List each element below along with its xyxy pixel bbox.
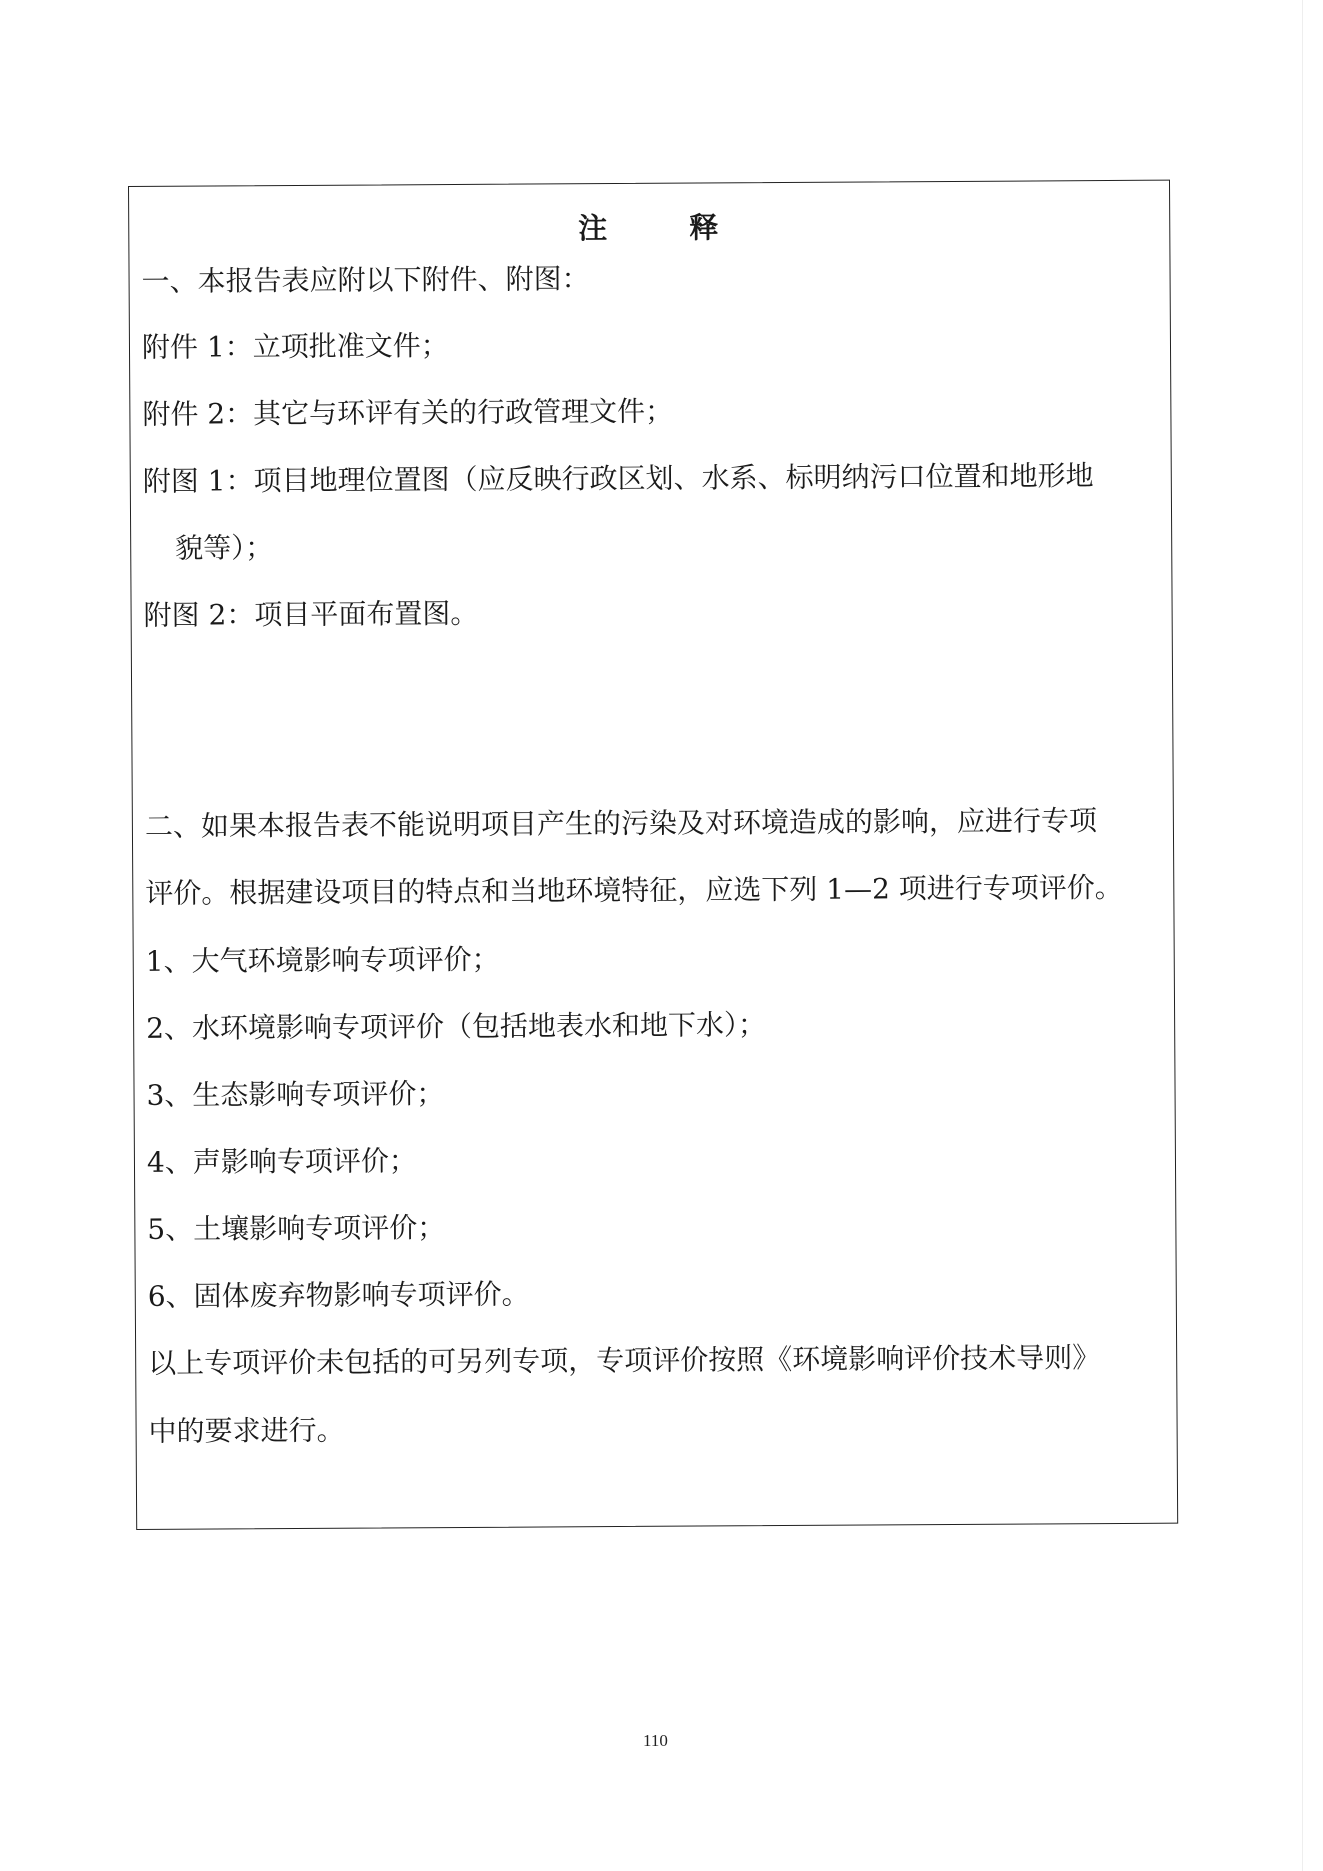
section2-footer-2: 中的要求进行。 bbox=[149, 1414, 345, 1449]
page-number: 110 bbox=[643, 1731, 668, 1751]
section2-heading-2: 评价。根据建设项目的特点和当地环境特征，应选下列 1—2 项进行专项评价。 bbox=[145, 871, 1123, 911]
special-eval-6: 6、固体废弃物影响专项评价。 bbox=[148, 1278, 530, 1314]
figure-2: 附图 2：项目平面布置图。 bbox=[144, 597, 479, 633]
scan-edge bbox=[1302, 0, 1303, 1871]
special-eval-2: 2、水环境影响专项评价（包括地表水和地下水）； bbox=[146, 1008, 766, 1046]
notes-title: 注释 bbox=[129, 203, 1169, 250]
document-page: 注释 一、本报告表应附以下附件、附图： 附件 1：立项批准文件； 附件 2：其它… bbox=[0, 0, 1323, 1871]
section2-footer-1: 以上专项评价未包括的可另列专项，专项评价按照《环境影响评价技术导则》 bbox=[148, 1341, 1100, 1381]
attachment-1: 附件 1：立项批准文件； bbox=[142, 329, 449, 365]
special-eval-1: 1、大气环境影响专项评价； bbox=[146, 943, 500, 979]
figure-1: 附图 1：项目地理位置图（应反映行政区划、水系、标明纳污口位置和地形地 bbox=[143, 459, 1094, 499]
section1-heading: 一、本报告表应附以下附件、附图： bbox=[141, 262, 589, 299]
title-char-right: 释 bbox=[689, 205, 720, 246]
special-eval-4: 4、声影响专项评价； bbox=[147, 1144, 417, 1180]
title-char-left: 注 bbox=[578, 206, 609, 247]
attachment-2: 附件 2：其它与环评有关的行政管理文件； bbox=[142, 395, 673, 432]
special-eval-5: 5、土壤影响专项评价； bbox=[147, 1211, 445, 1247]
section2-heading-1: 二、如果本报告表不能说明项目产生的污染及对环境造成的影响，应进行专项 bbox=[145, 804, 1097, 844]
figure-1-cont: 貌等）； bbox=[175, 531, 273, 566]
notes-box: 注释 一、本报告表应附以下附件、附图： 附件 1：立项批准文件； 附件 2：其它… bbox=[128, 180, 1178, 1530]
special-eval-3: 3、生态影响专项评价； bbox=[146, 1077, 444, 1113]
